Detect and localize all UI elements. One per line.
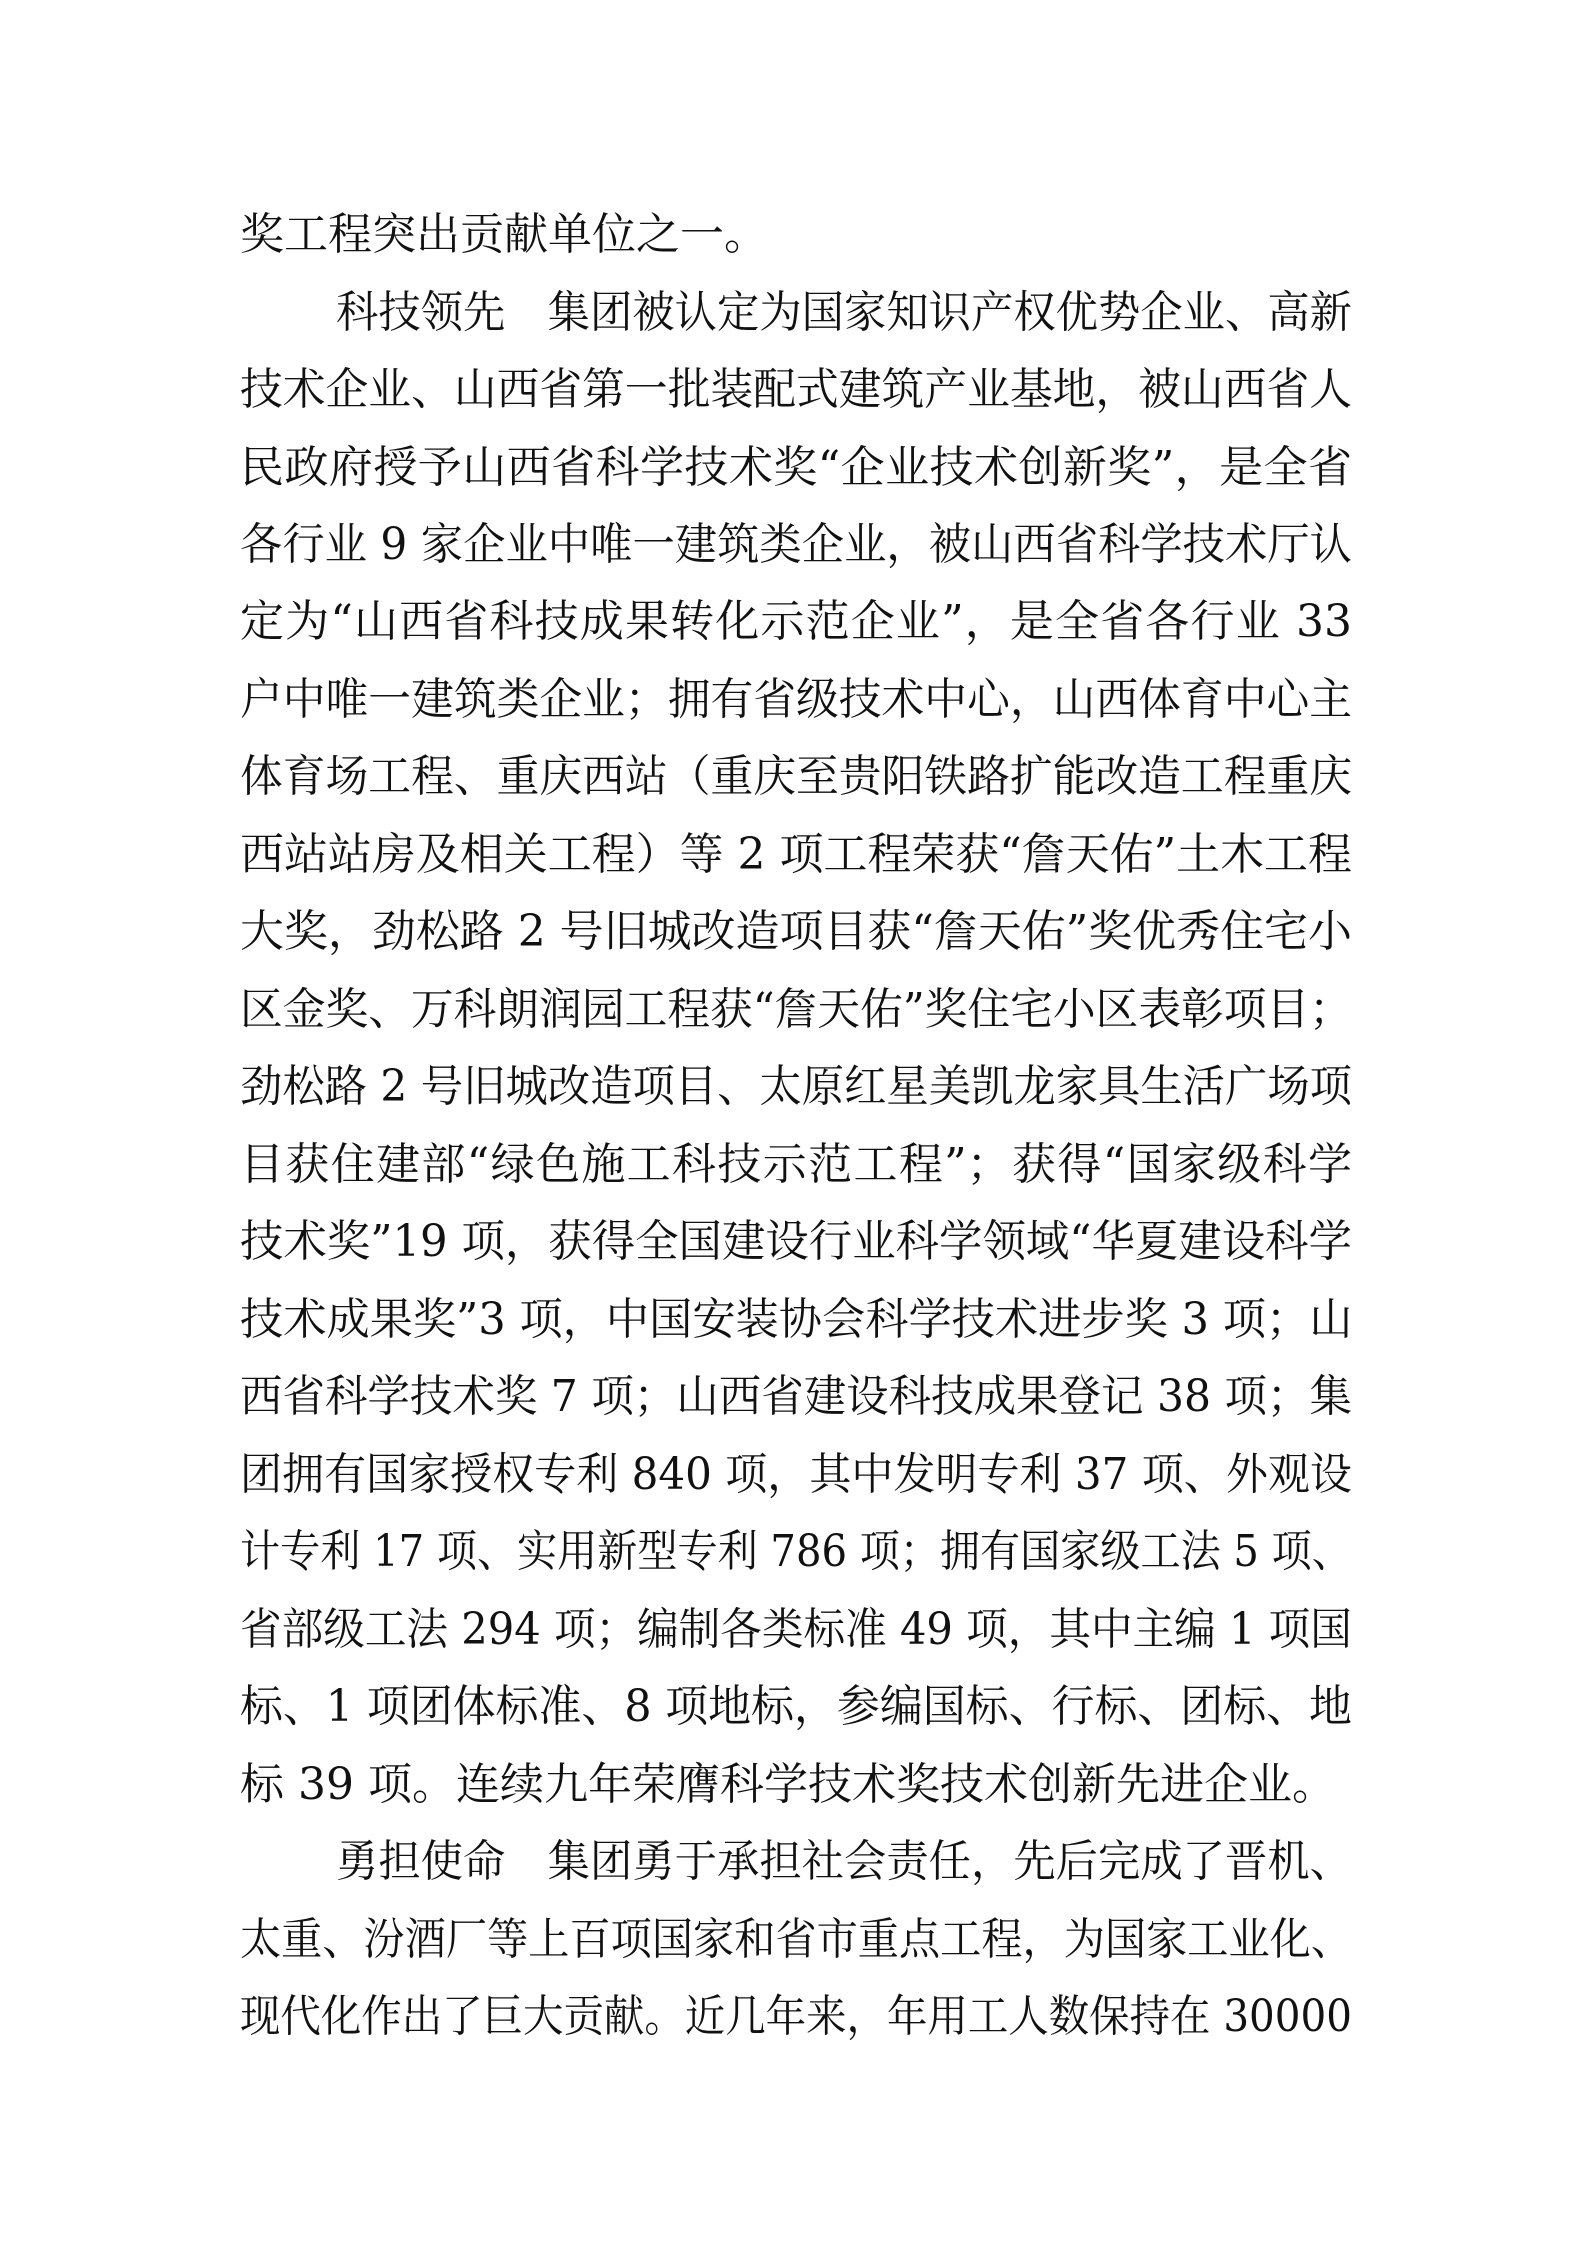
text-line: 定为“山西省科技成果转化示范企业”，是全省各行业 33 <box>240 592 1352 652</box>
document-page: 奖工程突出贡献单位之一。 科技领先 集团被认定为国家知识产权优势企业、高新 技术… <box>0 0 1587 2245</box>
text-line: 技术成果奖”3 项，中国安装协会科学技术进步奖 3 项；山 <box>240 1290 1332 1350</box>
text-line: 区金奖、万科朗润园工程获“詹天佑”奖住宅小区表彰项目； <box>240 980 1320 1040</box>
text-line: 技术奖”19 项，获得全国建设行业科学领域“华夏建设科学 <box>240 1212 1337 1272</box>
text-line: 户中唯一建筑类企业；拥有省级技术中心，山西体育中心主 <box>240 670 1321 730</box>
text-line: 民政府授予山西省科学技术奖“企业技术创新奖”，是全省 <box>240 438 1352 498</box>
paragraph-heading-line: 勇担使命 集团勇于承担社会责任，先后完成了晋机、 <box>336 1832 1314 1892</box>
text-line: 大奖，劲松路 2 号旧城改造项目获“詹天佑”奖优秀住宅小 <box>240 902 1351 962</box>
text-line: 标、1 项团体标准、8 项地标，参编国标、行标、团标、地 <box>240 1677 1325 1737</box>
text-line: 劲松路 2 号旧城改造项目、太原红星美凯龙家具生活广场项 <box>240 1057 1310 1117</box>
paragraph-heading-line: 科技领先 集团被认定为国家知识产权优势企业、高新 <box>336 283 1314 343</box>
text-line: 技术企业、山西省第一批装配式建筑产业基地，被山西省人 <box>240 360 1321 420</box>
text-line: 西站站房及相关工程）等 2 项工程荣获“詹天佑”土木工程 <box>240 825 1351 885</box>
text-line: 西省科学技术奖 7 项；山西省建设科技成果登记 38 项；集 <box>240 1367 1313 1427</box>
text-line: 现代化作出了巨大贡献。近几年来，年用工人数保持在 30000 <box>240 1987 1262 2047</box>
text-line: 体育场工程、重庆西站（重庆至贵阳铁路扩能改造工程重庆 <box>240 747 1321 807</box>
text-line: 各行业 9 家企业中唯一建筑类企业，被山西省科学技术厅认 <box>240 515 1310 575</box>
text-line: 目获住建部“绿色施工科技示范工程”；获得“国家级科学 <box>240 1135 1352 1195</box>
text-line: 标 39 项。连续九年荣膺科学技术奖技术创新先进企业。 <box>240 1755 1352 1815</box>
text-line: 太重、汾酒厂等上百项国家和省市重点工程，为国家工业化、 <box>240 1910 1281 1970</box>
text-line: 计专利 17 项、实用新型专利 786 项；拥有国家级工法 5 项、 <box>240 1522 1254 1582</box>
text-line: 省部级工法 294 项；编制各类标准 49 项，其中主编 1 项国 <box>240 1600 1291 1660</box>
text-line: 团拥有国家授权专利 840 项，其中发明专利 37 项、外观设 <box>240 1445 1302 1505</box>
text-line: 奖工程突出贡献单位之一。 <box>240 205 1352 265</box>
